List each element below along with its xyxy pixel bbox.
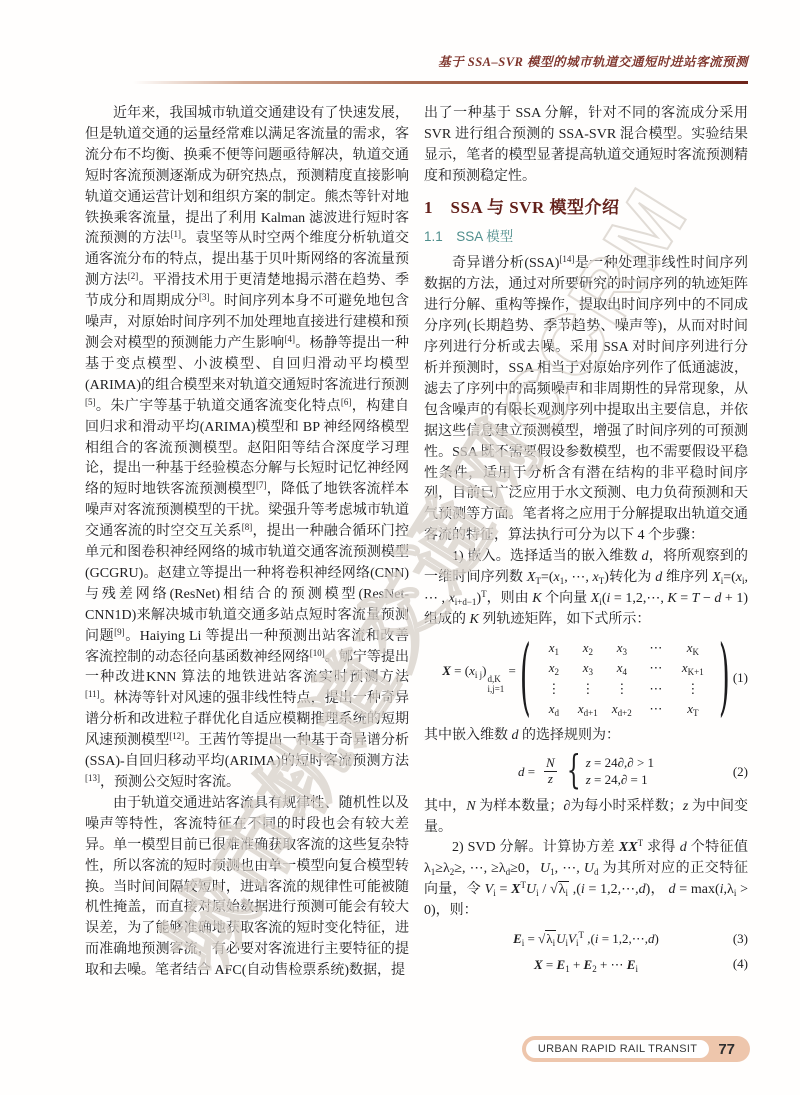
trajectory-matrix: x1x2x3⋯xKx2x3x4⋯xK+1⋮⋮⋮⋯⋮xdxd+1xd+2⋯xT [535,639,715,718]
equation-1-lhs: X = (xi j)d,Ki,j=1 = [442,662,516,695]
equation-1-number: (1) [733,670,748,688]
paragraph-embedding-rule: 其中嵌入维数 d 的选择规则为： [424,726,748,747]
left-column: 近年来，我国城市轨道交通建设有了快速发展，但是轨道交通的运量经常难以满足客流量的… [85,104,409,982]
page-number: 77 [718,1041,735,1058]
equation-3-number: (3) [733,930,748,948]
equation-2-number: (2) [733,763,748,781]
matrix-left-paren: ( [520,636,531,720]
equation-2-dimension-rule: d = N z { z = 24∂,∂ > 1 z = 24,∂ = 1 (2) [424,755,748,789]
page-footer: URBAN RAPID RAIL TRANSIT 77 [522,1036,750,1062]
matrix-right-paren: ) [719,636,730,720]
equation-4-number: (4) [733,956,748,974]
case-1: z = 24∂,∂ > 1 [586,755,654,772]
running-head-title: 基于 SSA–SVR 模型的城市轨道交通短时进站客流预测 [438,52,748,70]
paragraph-step1-embedding: 1) 嵌入。选择适当的嵌入维数 d，将所观察到的一维时间序列数 XT=(x1, … [424,547,748,631]
section-heading-1: 1 SSA 与 SVR 模型介绍 [424,198,748,219]
paragraph-variable-definitions: 其中，N 为样本数量；∂为每小时采样数；z 为中间变量。 [424,797,748,839]
paragraph-step2-svd: 2) SVD 分解。计算协方差 XXT 求得 d 个特征值 λ1≥λ2≥, ⋯,… [424,838,748,922]
paragraph-ssa-intro: 奇异谱分析(SSA)[14]是一种处理非线性时间序列数据的方法，通过对所要研究的… [424,254,748,547]
header-gradient-rule [133,81,748,84]
equation-4-body: X = E1 + E2 + ⋯ Ei [534,956,638,974]
paragraph-motivation: 由于轨道交通进站客流具有规律性、随机性以及噪声等特性，客流特征在不同的时段也会有… [85,794,409,982]
cases-list: z = 24∂,∂ > 1 z = 24,∂ = 1 [586,755,654,789]
paper-page: 基于 SSA–SVR 模型的城市轨道交通短时进站客流预测 城市轨道交通网CCRM… [0,0,800,1095]
journal-name: URBAN RAPID RAIL TRANSIT [526,1040,709,1058]
cases-brace: { [567,745,581,798]
equation-1-trajectory-matrix: X = (xi j)d,Ki,j=1 = ( x1x2x3⋯xKx2x3x4⋯x… [424,639,748,718]
subsection-heading-1-1: 1.1 SSA 模型 [424,227,748,248]
case-2: z = 24,∂ = 1 [586,772,654,789]
equation-4-decomposition-sum: X = E1 + E2 + ⋯ Ei (4) [424,956,748,974]
content-columns: 近年来，我国城市轨道交通建设有了快速发展，但是轨道交通的运量经常难以满足客流量的… [85,104,748,982]
equation-2-lhs: d = [518,763,535,781]
equation-3-eigentriple: Ei = √λiUiViT ,(i = 1,2,⋯,d) (3) [424,930,748,948]
equation-3-body: Ei = √λiUiViT ,(i = 1,2,⋯,d) [513,930,659,948]
right-column: 出了一种基于 SSA 分解，针对不同的客流成分采用SVR 进行组合预测的 SSA… [424,104,748,982]
footer-pill: URBAN RAPID RAIL TRANSIT 77 [522,1036,750,1062]
fraction-N-over-z: N z [542,756,559,787]
fraction-numerator: N [542,756,559,771]
paragraph-abstract-continuation: 出了一种基于 SSA 分解，针对不同的客流成分采用SVR 进行组合预测的 SSA… [424,104,748,188]
fraction-denominator: z [544,771,557,787]
paragraph-literature-review: 近年来，我国城市轨道交通建设有了快速发展，但是轨道交通的运量经常难以满足客流量的… [85,104,409,794]
